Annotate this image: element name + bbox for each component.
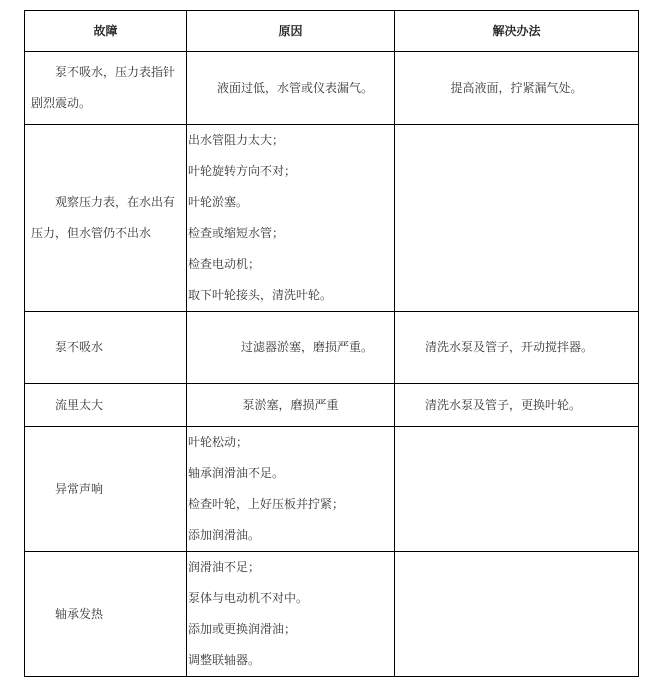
table-row: 流里太大 泵淤塞，磨损严重 清洗水泵及管子，更换叶轮。 [25,384,639,427]
solution-cell [395,552,639,677]
fault-cell: 异常声响 [25,427,187,552]
cause-line: 检查叶轮，上好压板并拧紧； [188,489,394,520]
solution-cell [395,125,639,312]
cause-line: 叶轮旋转方向不对； [188,156,394,187]
solution-cell: 清洗水泵及管子，更换叶轮。 [395,384,639,427]
solution-cell [395,427,639,552]
solution-cell: 清洗水泵及管子，开动搅拌器。 [395,312,639,384]
cause-line: 泵体与电动机不对中。 [188,583,394,614]
table-row: 异常声响 叶轮松动； 轴承润滑油不足。 检查叶轮，上好压板并拧紧； 添加润滑油。 [25,427,639,552]
header-solution: 解决办法 [395,11,639,52]
fault-cell: 流里太大 [25,384,187,427]
cause-cell: 液面过低，水管或仪表漏气。 [187,52,395,125]
cause-cell: 过滤器淤塞，磨损严重。 [187,312,395,384]
fault-cell: 泵不吸水 [25,312,187,384]
cause-line: 取下叶轮接头，清洗叶轮。 [188,280,394,311]
cause-cell: 叶轮松动； 轴承润滑油不足。 检查叶轮，上好压板并拧紧； 添加润滑油。 [187,427,395,552]
table-row: 泵不吸水 过滤器淤塞，磨损严重。 清洗水泵及管子，开动搅拌器。 [25,312,639,384]
cause-line: 出水管阻力太大； [188,125,394,156]
cause-cell: 泵淤塞，磨损严重 [187,384,395,427]
cause-cell: 出水管阻力太大； 叶轮旋转方向不对； 叶轮淤塞。 检查或缩短水管； 检查电动机；… [187,125,395,312]
header-cause: 原因 [187,11,395,52]
fault-cell: 观察压力表，在水出有压力，但水管仍不出水 [25,125,187,312]
cause-line: 调整联轴器。 [188,645,394,676]
cause-line: 添加或更换润滑油； [188,614,394,645]
solution-cell: 提高液面，拧紧漏气处。 [395,52,639,125]
fault-cell: 泵不吸水，压力表指针剧烈震动。 [25,52,187,125]
table-header-row: 故障 原因 解决办法 [25,11,639,52]
fault-cell: 轴承发热 [25,552,187,677]
table-row: 观察压力表，在水出有压力，但水管仍不出水 出水管阻力太大； 叶轮旋转方向不对； … [25,125,639,312]
cause-line: 轴承润滑油不足。 [188,458,394,489]
pump-fault-table: 故障 原因 解决办法 泵不吸水，压力表指针剧烈震动。 液面过低，水管或仪表漏气。… [24,10,639,677]
cause-line: 叶轮淤塞。 [188,187,394,218]
header-fault: 故障 [25,11,187,52]
cause-line: 润滑油不足； [188,552,394,583]
cause-line: 检查或缩短水管； [188,218,394,249]
cause-line: 检查电动机； [188,249,394,280]
table-row: 泵不吸水，压力表指针剧烈震动。 液面过低，水管或仪表漏气。 提高液面，拧紧漏气处… [25,52,639,125]
cause-line: 叶轮松动； [188,427,394,458]
cause-cell: 润滑油不足； 泵体与电动机不对中。 添加或更换润滑油； 调整联轴器。 [187,552,395,677]
cause-line: 添加润滑油。 [188,520,394,551]
table-row: 轴承发热 润滑油不足； 泵体与电动机不对中。 添加或更换润滑油； 调整联轴器。 [25,552,639,677]
